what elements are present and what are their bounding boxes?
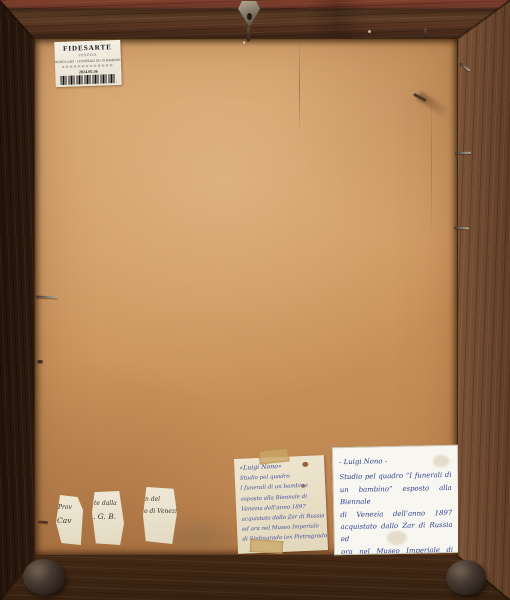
frame-nail bbox=[424, 28, 427, 37]
handwritten-provenance-label: «Luigi Nono» Studio pel quadro I funeral… bbox=[234, 455, 328, 554]
bumper-knob-left bbox=[23, 559, 65, 595]
auction-house-label: FIDESARTE VENEZIA NONO LUIGI - I FUNERAL… bbox=[54, 40, 122, 87]
bumper-knob-right bbox=[446, 560, 486, 595]
bracket-hole bbox=[247, 13, 252, 20]
fragment-text-bottom: o di Venezia bbox=[144, 508, 177, 515]
fragment-text-bottom: . G. B. bbox=[93, 512, 124, 521]
paint-speck bbox=[100, 41, 102, 43]
fragment-text-top: Prov bbox=[58, 504, 83, 511]
torn-label-fragment: te dalla . G. B. bbox=[92, 491, 124, 545]
frame-nail bbox=[37, 360, 43, 363]
crease-line bbox=[299, 40, 300, 135]
tape-strip bbox=[250, 539, 284, 554]
torn-label-fragment: Prov Cav bbox=[56, 495, 83, 545]
label-illegible-line bbox=[62, 64, 114, 68]
paint-speck bbox=[368, 30, 371, 33]
torn-label-fragment: n del o di Venezia bbox=[143, 487, 177, 544]
fragment-text-top: n del bbox=[145, 496, 177, 503]
barcode bbox=[60, 74, 116, 85]
paint-speck bbox=[243, 41, 245, 44]
photo-frame-back: Prov Cav te dalla . G. B. n del o di Ven… bbox=[0, 0, 510, 600]
printed-provenance-label: - Luigi Nono - Studio pel quadro “I fune… bbox=[332, 445, 460, 556]
fragment-text-bottom: Cav bbox=[57, 516, 83, 525]
fragment-text-top: te dalla bbox=[94, 500, 124, 507]
frame-nail bbox=[247, 27, 250, 41]
printed-label-line: un bambino” esposto alla Biennale bbox=[340, 482, 452, 509]
crease-line bbox=[431, 88, 432, 238]
